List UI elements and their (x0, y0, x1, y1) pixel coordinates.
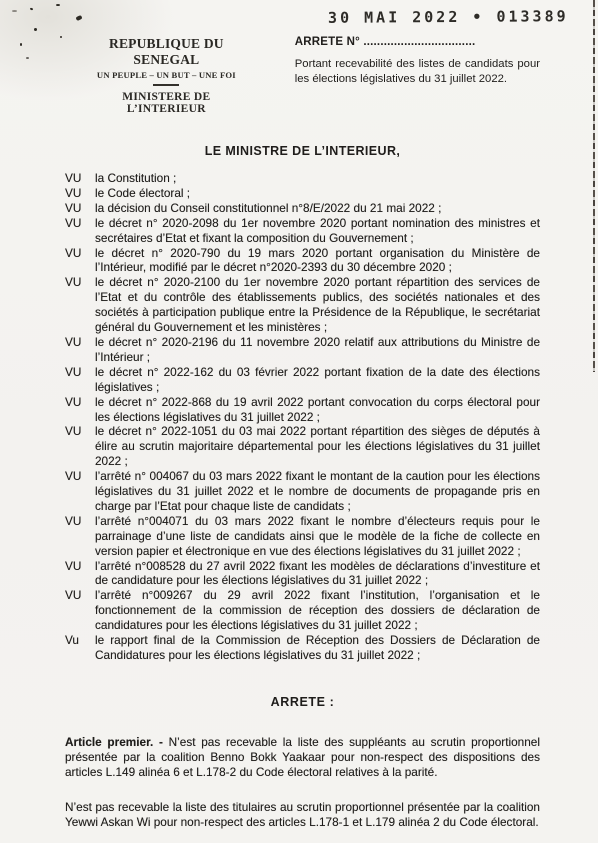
vu-keyword: VU (65, 514, 81, 529)
vu-keyword: VU (65, 186, 81, 201)
arrete-heading: ARRETE : (65, 695, 540, 709)
vu-item: VUl’arrêté n° 004067 du 03 mars 2022 fix… (65, 469, 540, 514)
vu-text: le décret n° 2022-162 du 03 février 2022… (95, 365, 540, 394)
vu-item: VUle décret n° 2022-162 du 03 février 20… (65, 365, 540, 395)
vu-text: le décret n° 2022-1051 du 03 mai 2022 po… (95, 424, 540, 468)
vu-text: l’arrêté n° 004067 du 03 mars 2022 fixan… (95, 469, 540, 513)
vu-text: l’arrêté n°009267 du 29 avril 2022 fixan… (95, 588, 540, 632)
vu-keyword: VU (65, 216, 81, 231)
vu-item: VUl’arrêté n°009267 du 29 avril 2022 fix… (65, 588, 540, 633)
article-premier-label: Article premier. - (65, 735, 163, 749)
vu-text: l’arrêté n°008528 du 27 avril 2022 fixan… (95, 559, 540, 588)
vu-keyword: VU (65, 171, 81, 186)
scan-speck (30, 8, 34, 11)
header-right-block: ARRETE N° ..............................… (295, 36, 540, 115)
vu-item: VUle décret n° 2020-2196 du 11 novembre … (65, 335, 540, 365)
vu-item: VUle décret n° 2022-868 du 19 avril 2022… (65, 395, 540, 425)
vu-text: le décret n° 2020-790 du 19 mars 2020 po… (95, 246, 540, 275)
vu-keyword: VU (65, 588, 81, 603)
vu-list: VUla Constitution ; VUle Code électoral … (65, 171, 540, 663)
vu-item: VUl’arrêté n°008528 du 27 avril 2022 fix… (65, 559, 540, 589)
vu-text: la Constitution ; (95, 171, 176, 185)
vu-keyword: VU (65, 201, 81, 216)
vu-keyword: VU (65, 246, 81, 261)
vu-keyword: Vu (65, 633, 79, 648)
document-content: REPUBLIQUE DU SENEGAL UN PEUPLE – UN BUT… (65, 0, 540, 830)
country-title: REPUBLIQUE DU SENEGAL (83, 36, 250, 68)
vu-keyword: VU (65, 275, 81, 290)
scanned-document-page: 30 MAI 2022 • 013389 REPUBLIQUE DU SENEG… (0, 0, 598, 843)
vu-item: VUl’arrêté n°004071 du 03 mars 2022 fixa… (65, 514, 540, 559)
scan-speck (20, 43, 22, 46)
vu-text: la décision du Conseil constitutionnel n… (95, 201, 441, 215)
vu-text: le décret n° 2020-2098 du 1er novembre 2… (95, 216, 540, 245)
scan-speck (56, 4, 60, 6)
vu-keyword: VU (65, 395, 81, 410)
scan-speck (60, 36, 62, 38)
vu-keyword: VU (65, 365, 81, 380)
vu-keyword: VU (65, 559, 81, 574)
document-header: REPUBLIQUE DU SENEGAL UN PEUPLE – UN BUT… (65, 36, 540, 115)
arrete-number-line: ARRETE N° ..............................… (295, 36, 540, 48)
scan-speck (26, 57, 29, 59)
vu-item: VUle décret n° 2020-2098 du 1er novembre… (65, 216, 540, 246)
minister-title: LE MINISTRE DE L’INTERIEUR, (65, 144, 540, 158)
scan-speck (34, 28, 37, 31)
vu-item: VUla Constitution ; (65, 171, 540, 186)
vu-text: l’arrêté n°004071 du 03 mars 2022 fixant… (95, 514, 540, 558)
vu-text: le rapport final de la Commission de Réc… (95, 633, 540, 662)
vu-keyword: VU (65, 424, 81, 439)
vu-item: VUle décret n° 2020-2100 du 1er novembre… (65, 275, 540, 335)
article-premier: Article premier. - N’est pas recevable l… (65, 735, 540, 781)
arrete-subject: Portant recevabilité des listes de candi… (295, 57, 540, 87)
scan-edge-artifact (593, 0, 595, 372)
vu-text: le décret n° 2020-2196 du 11 novembre 20… (95, 335, 540, 364)
vu-keyword: VU (65, 469, 81, 484)
header-left-block: REPUBLIQUE DU SENEGAL UN PEUPLE – UN BUT… (83, 36, 250, 115)
vu-item: VUle Code électoral ; (65, 186, 540, 201)
vu-item: VUla décision du Conseil constitutionnel… (65, 201, 540, 216)
vu-text: le décret n° 2022-868 du 19 avril 2022 p… (95, 395, 540, 424)
vu-text: le Code électoral ; (95, 186, 190, 200)
ministry-title: MINISTERE DE L’INTERIEUR (83, 91, 250, 115)
vu-item: VUle décret n° 2020-790 du 19 mars 2020 … (65, 246, 540, 276)
vu-item: VUle décret n° 2022-1051 du 03 mai 2022 … (65, 424, 540, 469)
vu-keyword: VU (65, 335, 81, 350)
vu-item: Vule rapport final de la Commission de R… (65, 633, 540, 663)
vu-text: le décret n° 2020-2100 du 1er novembre 2… (95, 275, 540, 334)
article-paragraph-2: N’est pas recevable la liste des titulai… (65, 800, 540, 830)
national-motto: UN PEUPLE – UN BUT – UNE FOI (83, 70, 250, 80)
scan-speck (12, 10, 17, 12)
header-divider (153, 84, 179, 86)
